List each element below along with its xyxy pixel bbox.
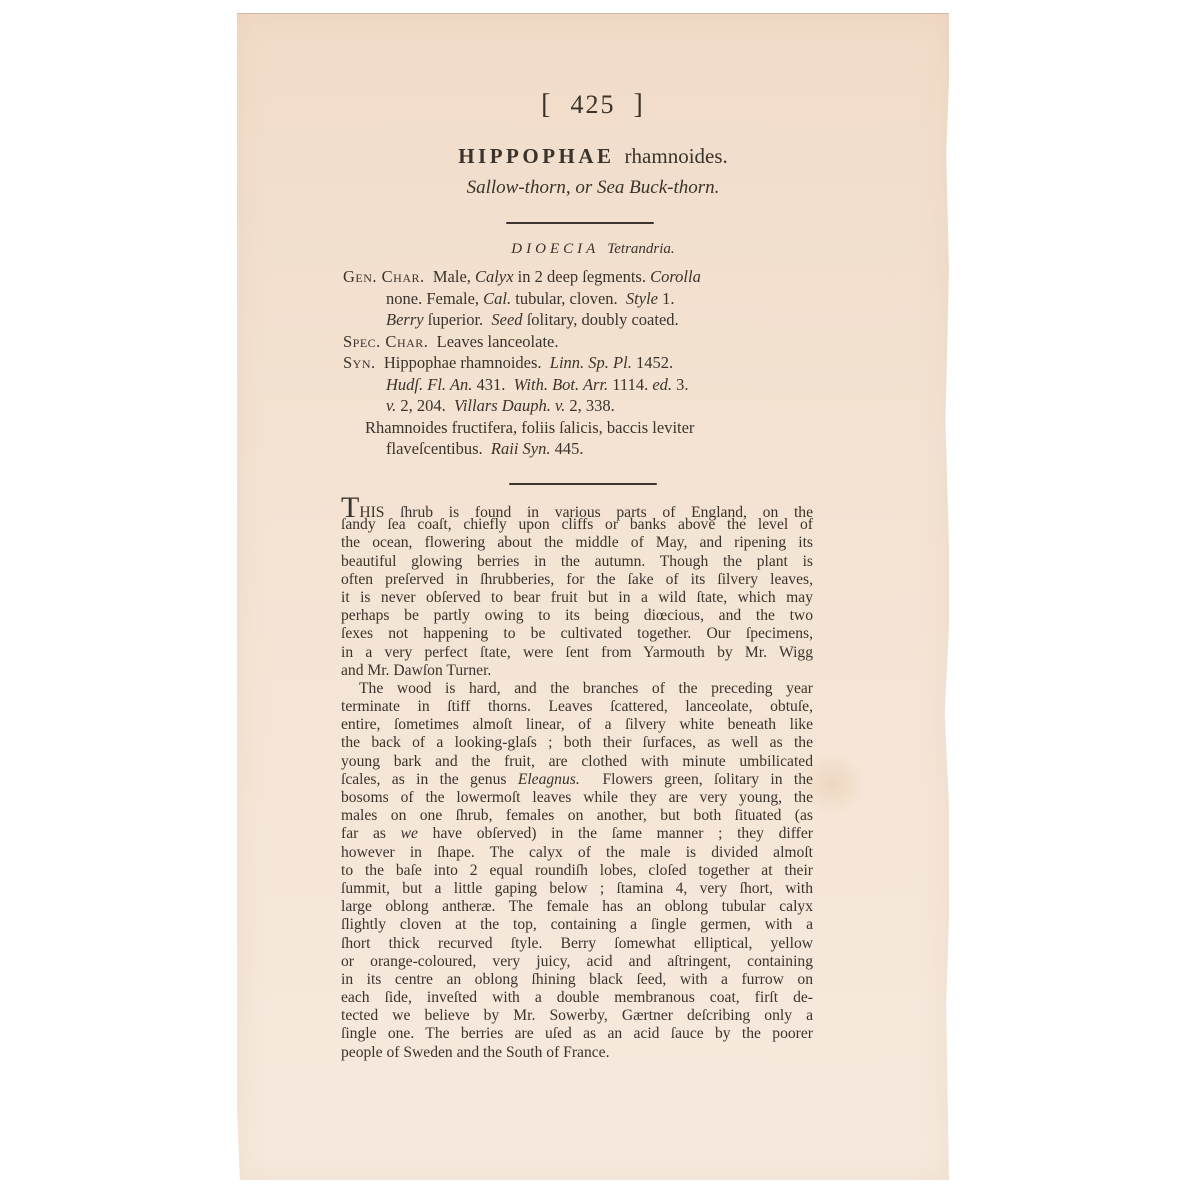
body-line: THIS ſhrub is found in various parts of … <box>341 492 813 516</box>
body-line: the back of a looking-glaſs ; both their… <box>341 734 813 752</box>
text-span: Hippophae rhamnoides. <box>384 353 542 372</box>
text-span: Seed <box>491 310 522 329</box>
text-span: Linn. Sp. Pl. <box>550 353 632 372</box>
body-line: ſummit, but a little gaping below ; ſtam… <box>341 880 813 898</box>
text-span: 3. <box>676 375 688 394</box>
text-span: Cal. <box>483 289 511 308</box>
syn-line-2: Hudſ. Fl. An. 431. With. Bot. Arr. 1114.… <box>343 374 813 396</box>
body-line: and Mr. Dawſon Turner. <box>341 662 813 680</box>
bracket-close: ] <box>634 89 645 120</box>
text-span: With. Bot. Arr. <box>514 375 609 394</box>
linnaean-classification: DIOECIATetrandria. <box>237 241 949 258</box>
document-page: [425] HIPPOPHAErhamnoides. Sallow-thorn,… <box>237 13 949 1180</box>
body-line: however in ſhape. The calyx of the male … <box>341 844 813 862</box>
text-span: 1114. <box>612 375 648 394</box>
spec-char-text: Leaves lanceolate. <box>437 332 559 351</box>
body-line: ſhort thick recurved ſtyle. Berry ſomewh… <box>341 935 813 953</box>
text-span: ſcales, as in the genus <box>341 771 506 788</box>
text-span: we <box>401 825 418 842</box>
text-span: 2, 204. <box>400 396 445 415</box>
classification-class: DIOECIA <box>511 241 599 257</box>
common-name-subtitle: Sallow-thorn, or Sea Buck-thorn. <box>237 177 949 199</box>
gen-char-line-2: none. Female, Cal. tubular, cloven. Styl… <box>343 288 813 310</box>
text-span: ed. <box>652 375 672 394</box>
title-genus: HIPPOPHAE <box>458 144 614 168</box>
text-span: Flowers green, ſolitary in the <box>603 771 813 788</box>
spec-char-label: Spec. Char. <box>343 332 428 351</box>
body-line: tected we believe by Mr. Sowerby, Gærtne… <box>341 1007 813 1025</box>
body-line: ſcales, as in the genus Eleagnus. Flower… <box>341 771 813 789</box>
body-line: the ocean, flowering about the middle of… <box>341 534 813 552</box>
body-line: beautiful glowing berries in the autumn.… <box>341 553 813 571</box>
syn-label: Syn. <box>343 353 376 372</box>
body-line: in its centre an oblong ſhining black ſe… <box>341 971 813 989</box>
body-line: bosoms of the lowermoſt leaves while the… <box>341 789 813 807</box>
body-line: large oblong antheræ. The female has an … <box>341 898 813 916</box>
body-line: ſexes not happening to be cultivated tog… <box>341 625 813 643</box>
text-span: Raii Syn. <box>491 439 551 458</box>
syn-line-1: Syn. Hippophae rhamnoides. Linn. Sp. Pl.… <box>343 352 813 374</box>
text-span: Rhamnoides fructifera, foliis ſalicis, b… <box>365 418 694 437</box>
body-line: people of Sweden and the South of France… <box>341 1044 813 1062</box>
body-line: far as we have obſerved) in the ſame man… <box>341 825 813 843</box>
text-span: none. Female, <box>386 289 479 308</box>
text-span: v. <box>386 396 396 415</box>
text-span: Style <box>626 289 658 308</box>
divider-rule-middle <box>509 483 657 485</box>
text-span: ſolitary, doubly coated. <box>527 310 679 329</box>
syn-line-5: flaveſcentibus. Raii Syn. 445. <box>343 438 813 460</box>
text-span: Berry <box>386 310 424 329</box>
text-span: Corolla <box>650 267 701 286</box>
page-number-value: 425 <box>571 90 616 119</box>
text-span: tubular, cloven. <box>515 289 617 308</box>
body-line: in a very perfect ſtate, were ſent from … <box>341 644 813 662</box>
botanical-characters: Gen. Char. Male, Calyx in 2 deep ſegment… <box>343 266 813 460</box>
text-span: 1452. <box>636 353 673 372</box>
body-line: The wood is hard, and the branches of th… <box>341 680 813 698</box>
text-span: 445. <box>555 439 584 458</box>
text-span: in 2 deep ſegments. <box>518 267 646 286</box>
title-species: rhamnoides. <box>625 144 728 168</box>
gen-char-label: Gen. Char. <box>343 267 425 286</box>
bracket-open: [ <box>541 89 552 120</box>
text-span: Hudſ. Fl. An. <box>386 375 472 394</box>
body-line: terminate in ſtiff thorns. Leaves ſcatte… <box>341 698 813 716</box>
text-span: Calyx <box>475 267 514 286</box>
description-body: THIS ſhrub is found in various parts of … <box>341 492 813 1062</box>
text-span: 1. <box>662 289 674 308</box>
text-span: Villars Dauph. v. <box>454 396 565 415</box>
syn-line-4: Rhamnoides fructifera, foliis ſalicis, b… <box>343 417 813 439</box>
body-line: each ſide, inveſted with a double membra… <box>341 989 813 1007</box>
body-line: entire, ſometimes almoſt linear, of a ſi… <box>341 716 813 734</box>
text-span: ſuperior. <box>428 310 483 329</box>
text-span: far as <box>341 825 386 842</box>
body-line: ſandy ſea coaſt, chiefly upon cliffs or … <box>341 516 813 534</box>
body-line: often preſerved in ſhrubberies, for the … <box>341 571 813 589</box>
text-span: 431. <box>476 375 505 394</box>
gen-char-line-3: Berry ſuperior. Seed ſolitary, doubly co… <box>343 309 813 331</box>
gen-char-line-1: Gen. Char. Male, Calyx in 2 deep ſegment… <box>343 266 813 288</box>
spec-char-line: Spec. Char. Leaves lanceolate. <box>343 331 813 353</box>
body-line: ſingle one. The berries are uſed as an a… <box>341 1025 813 1043</box>
body-line: young bark and the fruit, are clothed wi… <box>341 753 813 771</box>
body-line: ſlightly cloven at the top, containing a… <box>341 916 813 934</box>
classification-order: Tetrandria. <box>607 241 674 257</box>
body-line: or orange-coloured, very juicy, acid and… <box>341 953 813 971</box>
text-span: flaveſcentibus. <box>386 439 483 458</box>
body-line: it is never obſerved to bear fruit but i… <box>341 589 813 607</box>
divider-rule-top <box>506 222 654 224</box>
body-line: perhaps be partly owing to its being diœ… <box>341 607 813 625</box>
text-span: have obſerved) in the ſame manner ; they… <box>433 825 813 842</box>
page-title: HIPPOPHAErhamnoides. <box>237 144 949 169</box>
syn-line-3: v. 2, 204. Villars Dauph. v. 2, 338. <box>343 395 813 417</box>
page-number: [425] <box>237 89 949 121</box>
text-span: Male, <box>433 267 471 286</box>
text-span: Eleagnus. <box>518 771 580 788</box>
body-line: males on one ſhrub, females on another, … <box>341 807 813 825</box>
text-span: 2, 338. <box>569 396 614 415</box>
body-line: to the baſe into 2 equal roundiſh lobes,… <box>341 862 813 880</box>
